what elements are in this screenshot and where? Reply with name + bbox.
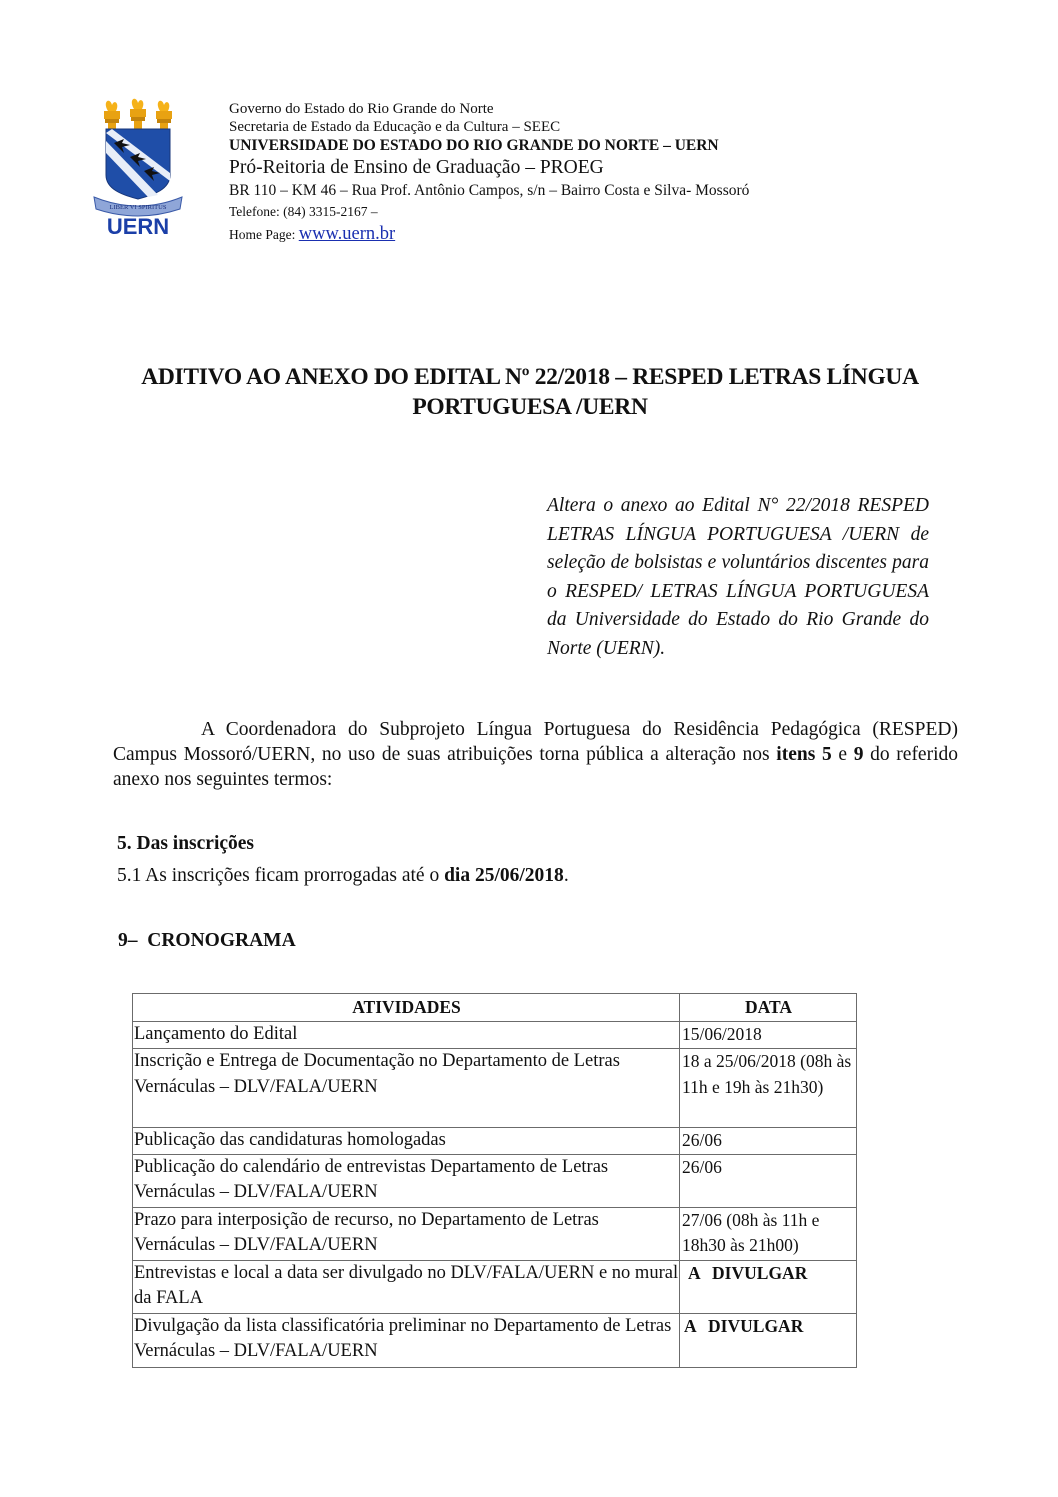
section-9-heading: 9– CRONOGRAMA [118,930,296,952]
activity-cell: Inscrição e Entrega de Documentação no D… [133,1049,680,1128]
svg-text:LIBER VI SPIRITUS: LIBER VI SPIRITUS [110,204,167,211]
table-row: Prazo para interposição de recurso, no D… [133,1207,857,1260]
intro-mid: e [832,744,854,765]
activity-cell: Entrevistas e local a data ser divulgado… [133,1260,680,1313]
date-cell: 26/06 [680,1128,857,1155]
table-row: Inscrição e Entrega de Documentação no D… [133,1049,857,1128]
intro-bold-5: 5 [822,744,832,765]
activity-cell: Publicação das candidaturas homologadas [133,1128,680,1155]
date-cell: 18 a 25/06/2018 (08h às 11h e 19h às 21h… [680,1049,857,1128]
uern-coat-of-arms-icon: LIBER VI SPIRITUS UERN [88,97,188,237]
table-row: Lançamento do Edital15/06/2018 [133,1022,857,1049]
intro-bold-9: 9 [854,744,864,765]
header-data: DATA [680,994,857,1022]
title-line-1: ADITIVO AO ANEXO DO EDITAL Nº 22/2018 – … [80,362,980,392]
date-cell: 26/06 [680,1154,857,1207]
deadline-date: dia 25/06/2018 [444,865,564,886]
government-line: Governo do Estado do Rio Grande do Norte [229,100,749,118]
activity-cell: Prazo para interposição de recurso, no D… [133,1207,680,1260]
date-cell: 15/06/2018 [680,1022,857,1049]
title-line-2: PORTUGUESA /UERN [80,392,980,422]
homepage-link[interactable]: www.uern.br [299,224,395,244]
secretariat-line: Secretaria de Estado da Educação e da Cu… [229,118,749,136]
section-5-heading: 5. Das inscrições [117,830,569,858]
activity-cell: Publicação do calendário de entrevistas … [133,1154,680,1207]
torch-icon [130,99,146,129]
activity-cell: Divulgação da lista classificatória prel… [133,1313,680,1367]
schedule-table: ATIVIDADES DATA Lançamento do Edital15/0… [132,993,857,1368]
header-atividades: ATIVIDADES [133,994,680,1022]
phone-line: Telefone: (84) 3315-2167 – [229,201,749,222]
table-row: Divulgação da lista classificatória prel… [133,1313,857,1367]
date-cell: 27/06 (08h às 11h e 18h30 às 21h00) [680,1207,857,1260]
torch-icon [156,101,172,129]
date-cell: A DIVULGAR [680,1313,857,1367]
torch-icon [104,101,120,129]
document-title: ADITIVO AO ANEXO DO EDITAL Nº 22/2018 – … [80,362,980,422]
table-row: Publicação do calendário de entrevistas … [133,1154,857,1207]
homepage-label: Home Page: [229,227,299,242]
section-5: 5. Das inscrições 5.1 As inscrições fica… [117,830,569,890]
schedule-body: Lançamento do Edital15/06/2018Inscrição … [133,1022,857,1368]
proreitoria-line: Pró-Reitoria de Ensino de Graduação – PR… [229,156,749,180]
svg-text:UERN: UERN [107,214,169,237]
activity-cell: Lançamento do Edital [133,1022,680,1049]
address-line: BR 110 – KM 46 – Rua Prof. Antônio Campo… [229,180,749,201]
section-5-text: 5.1 As inscrições ficam prorrogadas até … [117,862,569,890]
intro-bold-itens: itens [776,744,815,765]
table-row: Entrevistas e local a data ser divulgado… [133,1260,857,1313]
homepage-line: Home Page: www.uern.br [229,222,749,247]
table-row: Publicação das candidaturas homologadas2… [133,1128,857,1155]
intro-paragraph: A Coordenadora do Subprojeto Língua Port… [113,717,958,792]
letterhead: Governo do Estado do Rio Grande do Norte… [229,100,749,247]
abstract: Altera o anexo ao Edital N° 22/2018 RESP… [547,492,929,663]
date-cell: A DIVULGAR [680,1260,857,1313]
table-header-row: ATIVIDADES DATA [133,994,857,1022]
university-line: UNIVERSIDADE DO ESTADO DO RIO GRANDE DO … [229,136,749,156]
uern-logo: LIBER VI SPIRITUS UERN [88,97,188,237]
